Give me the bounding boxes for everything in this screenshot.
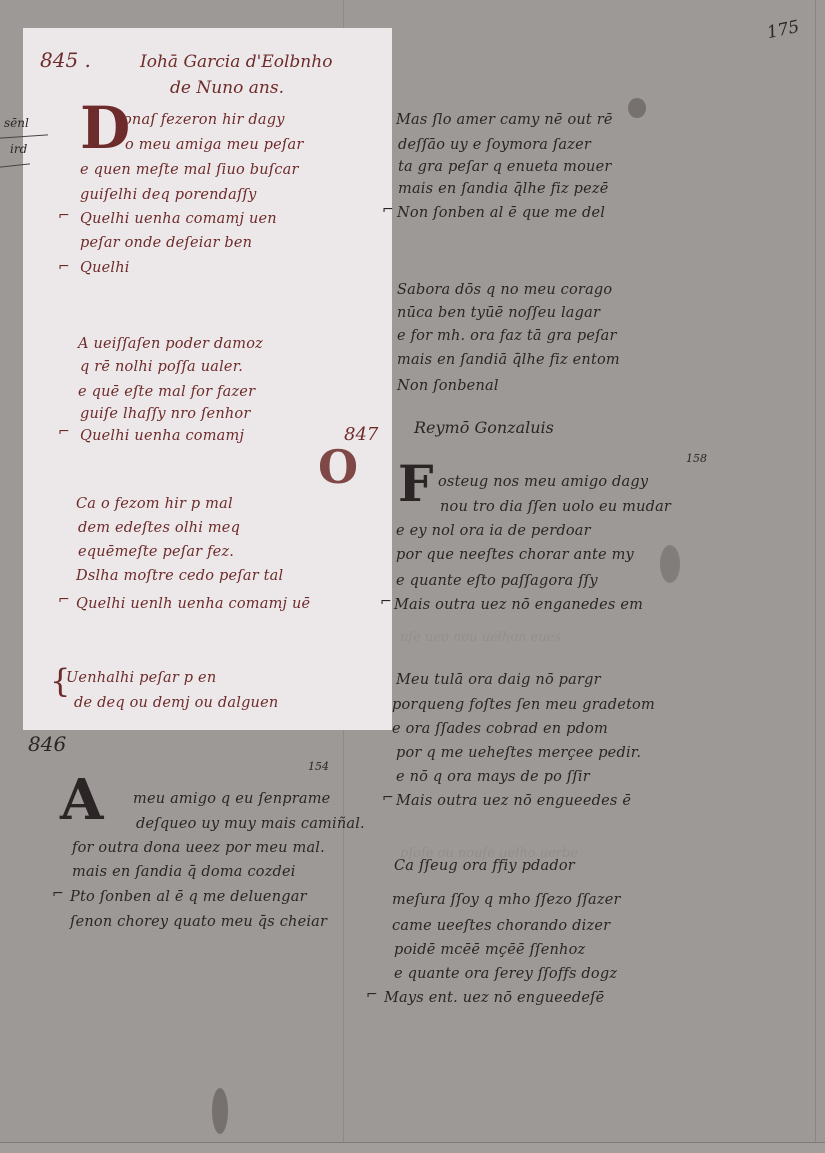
verse-line: mais en ſandia q̄lhe fiz pezē bbox=[398, 181, 609, 197]
verse-line: peſar onde deſeiar ben bbox=[80, 235, 252, 251]
margin-note: sēnl bbox=[4, 116, 29, 130]
highlighted-region bbox=[23, 28, 392, 730]
verse-line: Mays ent. uez nō engueedeſē bbox=[384, 990, 604, 1006]
verse-line: guiſe lhaſſy nro ſenhor bbox=[80, 406, 250, 422]
poem-845-number: 845 . bbox=[40, 48, 91, 72]
refrain-mark: ⌐ bbox=[58, 424, 70, 440]
poem-847-side-mark: 158 bbox=[686, 452, 707, 465]
verse-line: por q me ueheſtes merçee pedir. bbox=[396, 745, 641, 761]
verse-line: por que neeſtes chorar ante my bbox=[396, 547, 634, 563]
refrain-mark: ⌐ bbox=[58, 259, 70, 275]
verse-line: nou tro dia ſſen uolo eu mudar bbox=[440, 499, 671, 515]
page-right-edge bbox=[815, 0, 816, 1145]
verse-line: nūca ben tyūē noſſeu lagar bbox=[397, 305, 600, 321]
verse-line: Quelhi uenlh uenha comamj uē bbox=[76, 596, 310, 612]
verse-line: Sabora dōs q no meu corago bbox=[397, 282, 612, 298]
refrain-mark: ⌐ bbox=[380, 594, 392, 610]
verse-line: de deq ou demj ou dalguen bbox=[74, 695, 278, 711]
verse-line: Uenhalhi peſar p en bbox=[66, 670, 216, 686]
verse-line: dem edeſtes olhi meq bbox=[78, 520, 240, 536]
verse-line: e for mh. ora faz tā gra peſar bbox=[397, 328, 617, 344]
verse-line: o meu amiga meu peſar bbox=[125, 137, 303, 153]
verse-line: e quen meſte mal ſiuo buſcar bbox=[80, 162, 299, 178]
refrain-mark: ⌐ bbox=[382, 790, 394, 806]
refrain-mark: ⌐ bbox=[58, 208, 70, 224]
margin-note: ird bbox=[10, 142, 27, 156]
verse-line: Meu tulā ora daig nō pargr bbox=[396, 672, 601, 688]
page-bottom-edge bbox=[0, 1142, 825, 1153]
verse-line: e nō q ora mays de po ſſir bbox=[396, 769, 590, 785]
ink-stain bbox=[628, 98, 646, 118]
verse-line: mais en ſandia q̄ doma cozdei bbox=[72, 864, 296, 880]
refrain-mark: ⌐ bbox=[58, 592, 70, 608]
verse-line: q rē nolhi poſſa ualer. bbox=[80, 359, 243, 375]
verse-line: Quelhi uenha comamj bbox=[80, 428, 244, 444]
verse-line: osteug nos meu amigo dagy bbox=[438, 474, 648, 490]
poem-847-decorated-o: O bbox=[318, 440, 358, 494]
verse-line: meu amigo q eu ſenprame bbox=[133, 791, 330, 807]
verse-line: came ueeſtes chorando dizer bbox=[392, 918, 610, 934]
author-name: Reymō Gonzaluis bbox=[414, 418, 554, 437]
verse-line: e quante ora ſerey ſſoffs dogz bbox=[394, 966, 617, 982]
verse-line: e quē eſte mal for fazer bbox=[78, 384, 255, 400]
verse-line: e ora ſſades cobrad en pdom bbox=[392, 721, 608, 737]
poem-845-initial: D bbox=[80, 98, 130, 158]
poem-845-author-line-1: Iohā Garcia d'Eolbnho bbox=[140, 52, 332, 72]
manuscript-page: 175 m ſenhor nolhi nueu ſi uelor ou q mo… bbox=[0, 0, 825, 1153]
verse-line: Mais outra uez nō enganedes em bbox=[394, 597, 643, 613]
verse-line: e quante eſto paſſagora ſſy bbox=[396, 573, 598, 589]
poem-846-number: 846 bbox=[28, 732, 66, 756]
verse-line: meſura ſſoy q mho ſſezo ſſazer bbox=[392, 892, 621, 908]
verse-line: deſſāo uy e ſoymora ſazer bbox=[398, 137, 591, 153]
ink-stain bbox=[660, 545, 680, 583]
verse-line: Ca ſſeug ora ffiy pdador bbox=[394, 858, 575, 874]
verse-line: Quelhi uenha comamj uen bbox=[80, 211, 277, 227]
verse-line: ſenon chorey quato meu q̄s cheiar bbox=[70, 914, 327, 930]
poem-847-initial: F bbox=[398, 456, 434, 512]
refrain-mark: ⌐ bbox=[52, 886, 64, 902]
verse-line: A ueiſſaſen poder damoz bbox=[78, 336, 263, 352]
verse-line: ta gra peſar q enueta mouer bbox=[398, 159, 612, 175]
verse-line: Non ſonbenal bbox=[397, 378, 499, 394]
verse-line: for outra dona ueez por meu mal. bbox=[72, 840, 325, 856]
verse-line: Dslha moſtre cedo peſar tal bbox=[76, 568, 283, 584]
verse-line: onaſ fezeron hir dagy bbox=[123, 112, 285, 128]
verse-line: Mas ſlo amer camy nē out rē bbox=[396, 112, 613, 128]
verse-line: Mais outra uez nō engueedes ē bbox=[396, 793, 631, 809]
bleed-through-text: uſe ueo nou uelhon eues bbox=[400, 630, 561, 645]
verse-line: Quelhi bbox=[80, 260, 130, 276]
verse-line: Pto ſonben al ē q me deluengar bbox=[70, 889, 307, 905]
verse-line: poidē mcēē mçēē ſſenhoz bbox=[394, 942, 585, 958]
poem-845-author-line-2: de Nuno ans. bbox=[170, 78, 284, 98]
verse-line: porqueng foſtes ſen meu gradetom bbox=[392, 697, 655, 713]
ink-stain bbox=[212, 1088, 228, 1134]
refrain-mark: ⌐ bbox=[366, 987, 378, 1003]
verse-line: equēmeſte peſar fez. bbox=[78, 544, 234, 560]
verse-line: e ey nol ora ia de perdoar bbox=[396, 523, 591, 539]
verse-line: guiſelhi deq porendaſſy bbox=[80, 187, 257, 203]
verse-line: Ca o fezom hir p mal bbox=[76, 496, 233, 512]
verse-line: deſqueo uy muy mais camiñal. bbox=[136, 816, 365, 832]
verse-line: Non ſonben al ē que me del bbox=[397, 205, 605, 221]
refrain-mark: ⌐ bbox=[382, 202, 394, 218]
verse-line: mais en ſandiā q̄lhe fiz entom bbox=[397, 352, 620, 368]
poem-846-side-mark: 154 bbox=[308, 760, 329, 773]
poem-846-initial: A bbox=[60, 770, 103, 830]
folio-number: 175 bbox=[765, 17, 801, 43]
